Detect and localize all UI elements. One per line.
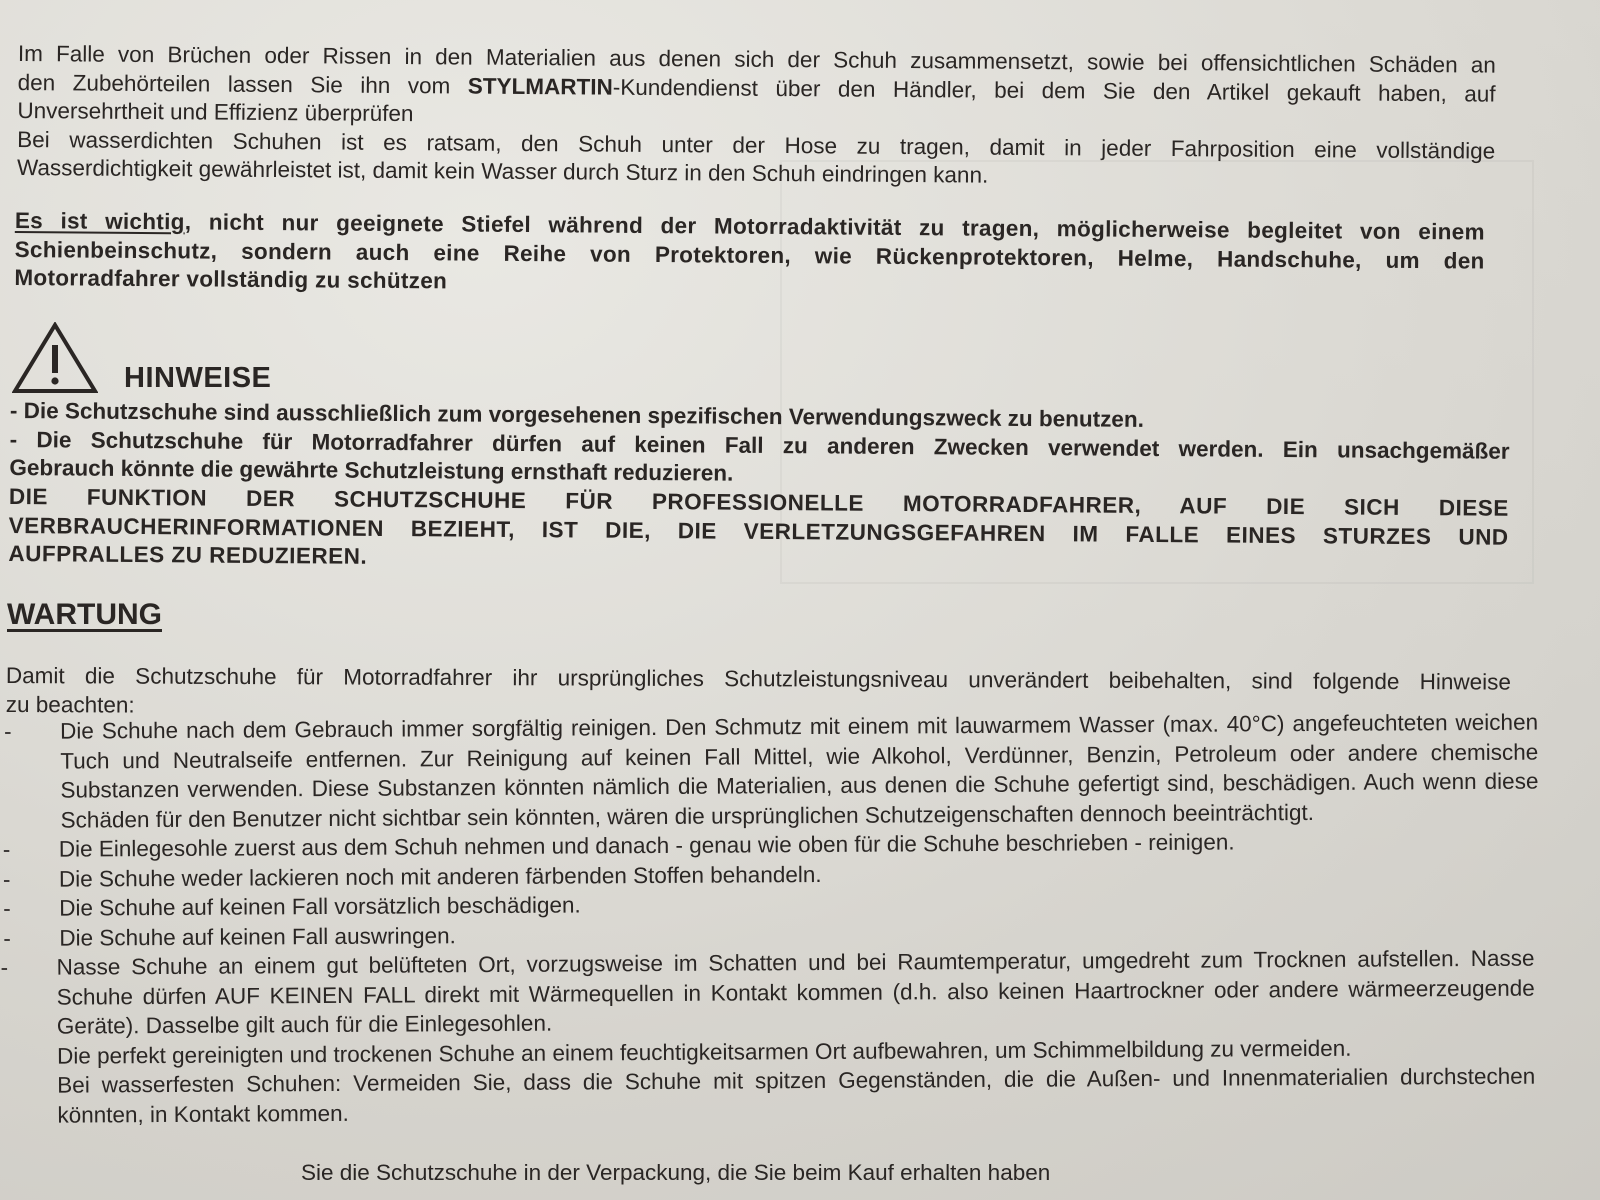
maintenance-list: - Die Schuhe nach dem Gebrauch immer sor… [0, 707, 1562, 1130]
cut-off-line: Sie die Schutzschuhe in der Verpackung, … [56, 1158, 1576, 1187]
intro-line-2-start: den Zubehörteilen lassen Sie ihn vom [18, 69, 468, 98]
bullet-dash: - [3, 835, 11, 865]
bullet-dash: - [3, 864, 11, 894]
bullet-dash: - [3, 923, 11, 953]
bullet-dash: - [0, 953, 8, 983]
intro-line-2-rest: -Kundendienst über den Händler, bei dem … [613, 74, 1496, 106]
list-item: Bei wasserfesten Schuhen: Vermeiden Sie,… [0, 1062, 1535, 1130]
bullet-dash: - [4, 717, 12, 747]
hinweise-list: - Die Schutzschuhe sind ausschließlich z… [9, 397, 1510, 494]
list-item: - Die Schuhe nach dem Gebrauch immer sor… [0, 708, 1539, 835]
list-item-text: Nasse Schuhe an einem gut belüfteten Ort… [56, 944, 1535, 1042]
warning-triangle-icon [12, 322, 98, 394]
important-paragraph: Es ist wichtig, nicht nur geeignete Stie… [14, 207, 1485, 304]
hinweise-heading: HINWEISE [124, 362, 271, 395]
function-statement: DIE FUNKTION DER SCHUTZSCHUHE FÜR PROFES… [8, 483, 1509, 580]
brand-name: STYLMARTIN [468, 73, 613, 99]
list-item-text: Die Schuhe nach dem Gebrauch immer sorgf… [60, 708, 1539, 835]
intro-paragraph: Im Falle von Brüchen oder Rissen in den … [17, 40, 1496, 194]
list-item-text: Bei wasserfesten Schuhen: Vermeiden Sie,… [57, 1062, 1535, 1130]
list-item: - Nasse Schuhe an einem gut belüfteten O… [0, 944, 1535, 1042]
bullet-dash: - [3, 894, 11, 924]
important-lead: Es ist wichtig [15, 208, 185, 234]
wartung-heading: WARTUNG [7, 598, 162, 632]
cut-off-text: Sie die Schutzschuhe in der Verpackung, … [301, 1160, 1050, 1185]
